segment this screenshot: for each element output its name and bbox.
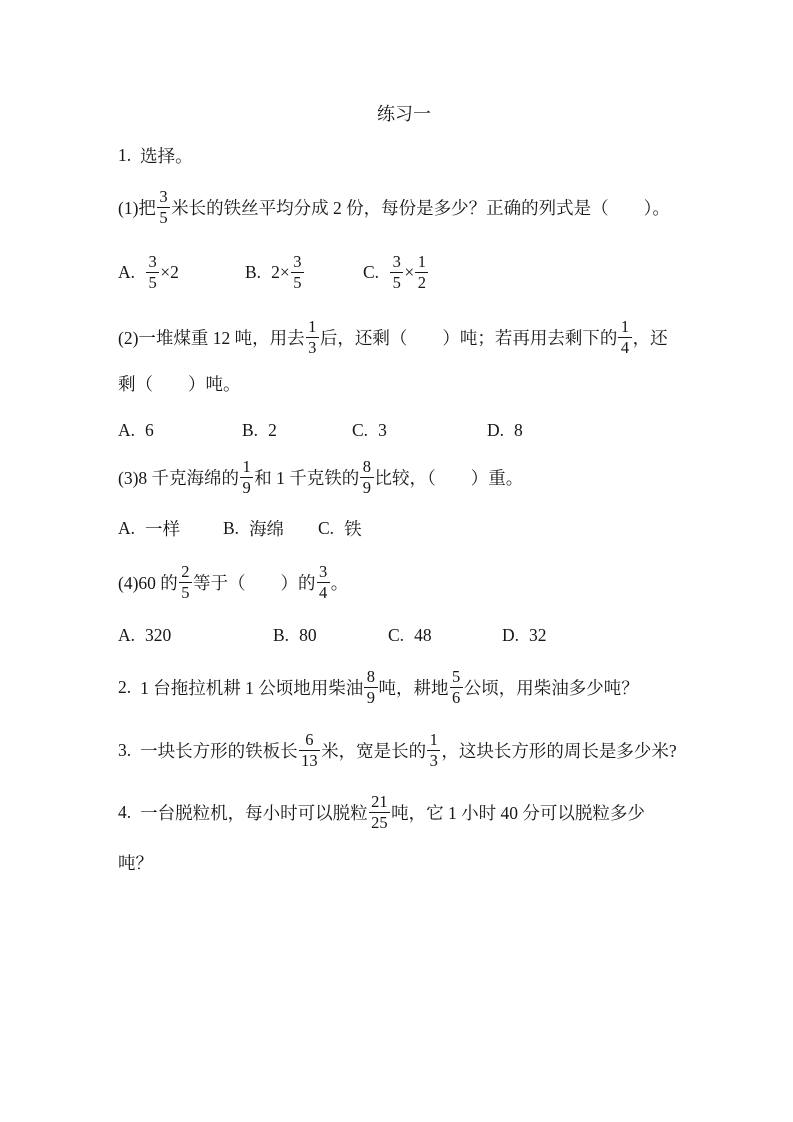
fraction: 35 xyxy=(157,187,170,228)
option-c: C.3 xyxy=(352,420,487,441)
question-1-3-options: A.一样 B.海绵 C.铁 xyxy=(118,516,362,540)
question-2-number: 2. xyxy=(118,677,131,698)
fraction: 35 xyxy=(390,252,403,293)
question-4-continued: 吨？ xyxy=(118,850,153,874)
question-3-number: 3. xyxy=(118,740,131,761)
question-1-number: 1. xyxy=(118,145,131,166)
fraction-numerator: 1 xyxy=(240,457,253,478)
question-4-number: 4. xyxy=(118,802,131,823)
fraction: 13 xyxy=(306,317,319,358)
fraction: 14 xyxy=(618,317,631,358)
fraction-numerator: 3 xyxy=(317,562,330,583)
fraction-numerator: 1 xyxy=(306,317,319,338)
question-2-text: 吨，耕地 xyxy=(379,675,449,700)
question-4-text: 吨，它 1 小时 40 分可以脱粒多少 xyxy=(391,800,645,825)
fraction: 2125 xyxy=(369,792,391,833)
fraction-denominator: 4 xyxy=(317,583,330,603)
option-a-label: A. xyxy=(118,262,135,283)
question-1-1-text: (1)把 xyxy=(118,195,156,220)
option-c-label: C. xyxy=(363,262,379,283)
question-1-4-text: (4)60 的 xyxy=(118,570,178,595)
fraction-denominator: 5 xyxy=(146,273,159,293)
option-d: D.8 xyxy=(487,420,523,441)
option-a: A.6 xyxy=(118,420,242,441)
fraction-denominator: 5 xyxy=(157,208,170,228)
option-b: B.2 xyxy=(242,420,352,441)
fraction-denominator: 2 xyxy=(415,273,428,293)
fraction: 56 xyxy=(450,667,463,708)
fraction: 13 xyxy=(427,730,440,771)
question-1-2-continued: 剩（ ）吨。 xyxy=(118,371,241,395)
fraction-denominator: 5 xyxy=(291,273,304,293)
question-1-2: (2)一堆煤重 12 吨，用去 13 后，还剩（ ）吨；若再用去剩下的 14 ，… xyxy=(118,313,668,361)
question-3: 3. 一块长方形的铁板长 613 米，宽是长的 13 ，这块长方形的周长是多少米… xyxy=(118,726,677,774)
option-a: A.320 xyxy=(118,625,273,646)
worksheet-page: 练习一 1. 选择。 (1)把 35 米长的铁丝平均分成 2 份，每份是多少？正… xyxy=(0,0,793,1122)
fraction: 34 xyxy=(317,562,330,603)
question-1-4-text: 等于（ ）的 xyxy=(193,570,316,595)
question-1-1-text: 米长的铁丝平均分成 2 份，每份是多少？正确的列式是（ ）。 xyxy=(171,195,670,220)
fraction-denominator: 3 xyxy=(427,751,440,771)
option-b: B. 2×35 xyxy=(245,252,363,293)
question-1-3: (3)8 千克海绵的 19 和 1 千克铁的 89 比较，（ ）重。 xyxy=(118,453,523,501)
question-2: 2. 1 台拖拉机耕 1 公顷地用柴油 89 吨，耕地 56 公顷，用柴油多少吨… xyxy=(118,663,639,711)
fraction-denominator: 3 xyxy=(306,338,319,358)
fraction-numerator: 5 xyxy=(450,667,463,688)
fraction: 613 xyxy=(299,730,321,771)
fraction: 19 xyxy=(240,457,253,498)
question-1-3-text: 比较，（ ）重。 xyxy=(375,465,524,490)
question-3-text: 一块长方形的铁板长 xyxy=(140,738,298,763)
question-1-1: (1)把 35 米长的铁丝平均分成 2 份，每份是多少？正确的列式是（ ）。 xyxy=(118,183,670,231)
question-1-1-options: A. 35×2 B. 2×35 C. 35×12 xyxy=(118,248,429,296)
fraction-numerator: 3 xyxy=(390,252,403,273)
question-1-2-text: 剩（ ）吨。 xyxy=(118,371,241,396)
option-b-value: 2×35 xyxy=(271,252,305,293)
fraction: 12 xyxy=(415,252,428,293)
option-c-value: 35×12 xyxy=(389,252,429,293)
title-text: 练习一 xyxy=(377,100,431,126)
question-1-2-text: ，还 xyxy=(633,325,668,350)
fraction-denominator: 9 xyxy=(360,478,373,498)
question-3-text: 米，宽是长的 xyxy=(321,738,426,763)
option-b-label: B. xyxy=(245,262,261,283)
fraction-numerator: 8 xyxy=(360,457,373,478)
option-b: B.海绵 xyxy=(223,516,318,541)
question-4: 4. 一台脱粒机，每小时可以脱粒 2125 吨，它 1 小时 40 分可以脱粒多… xyxy=(118,788,645,836)
fraction-denominator: 25 xyxy=(369,813,391,833)
fraction-numerator: 21 xyxy=(369,792,391,813)
option-c: C.48 xyxy=(388,625,502,646)
fraction-numerator: 1 xyxy=(618,317,631,338)
question-3-text: ，这块长方形的周长是多少米? xyxy=(441,738,676,763)
page-title: 练习一 xyxy=(118,100,690,126)
question-1-4-options: A.320 B.80 C.48 D.32 xyxy=(118,623,547,647)
option-a: A.一样 xyxy=(118,516,223,541)
fraction-denominator: 5 xyxy=(390,273,403,293)
question-1-3-text: (3)8 千克海绵的 xyxy=(118,465,239,490)
fraction-numerator: 3 xyxy=(146,252,159,273)
question-1-2-text: 后，还剩（ ）吨；若再用去剩下的 xyxy=(320,325,618,350)
fraction-numerator: 3 xyxy=(157,187,170,208)
option-d: D.32 xyxy=(502,625,547,646)
option-a-value: 35×2 xyxy=(145,252,179,293)
fraction-denominator: 13 xyxy=(299,751,321,771)
question-1-2-text: (2)一堆煤重 12 吨，用去 xyxy=(118,325,305,350)
question-1-header: 1. 选择。 xyxy=(118,143,193,167)
question-4-text: 吨？ xyxy=(118,850,153,875)
question-2-text: 公顷，用柴油多少吨？ xyxy=(464,675,639,700)
fraction-numerator: 6 xyxy=(299,730,321,751)
fraction: 35 xyxy=(146,252,159,293)
fraction-numerator: 1 xyxy=(415,252,428,273)
question-4-text: 一台脱粒机，每小时可以脱粒 xyxy=(140,800,368,825)
fraction-numerator: 3 xyxy=(291,252,304,273)
fraction-denominator: 9 xyxy=(364,688,377,708)
fraction: 89 xyxy=(364,667,377,708)
fraction-numerator: 1 xyxy=(427,730,440,751)
fraction-denominator: 4 xyxy=(618,338,631,358)
fraction-numerator: 2 xyxy=(179,562,192,583)
fraction-numerator: 8 xyxy=(364,667,377,688)
question-1-4-text: 。 xyxy=(331,570,349,595)
question-1-header-text: 选择。 xyxy=(140,143,193,168)
question-2-text: 1 台拖拉机耕 1 公顷地用柴油 xyxy=(140,675,363,700)
fraction-denominator: 5 xyxy=(179,583,192,603)
fraction: 89 xyxy=(360,457,373,498)
question-1-2-options: A.6 B.2 C.3 D.8 xyxy=(118,418,523,442)
question-1-3-text: 和 1 千克铁的 xyxy=(254,465,359,490)
option-c: C.铁 xyxy=(318,516,362,541)
fraction-denominator: 6 xyxy=(450,688,463,708)
fraction: 25 xyxy=(179,562,192,603)
option-b: B.80 xyxy=(273,625,388,646)
option-a: A. 35×2 xyxy=(118,252,245,293)
fraction-denominator: 9 xyxy=(240,478,253,498)
option-c: C. 35×12 xyxy=(363,252,429,293)
fraction: 35 xyxy=(291,252,304,293)
question-1-4: (4)60 的 25 等于（ ）的 34 。 xyxy=(118,558,348,606)
